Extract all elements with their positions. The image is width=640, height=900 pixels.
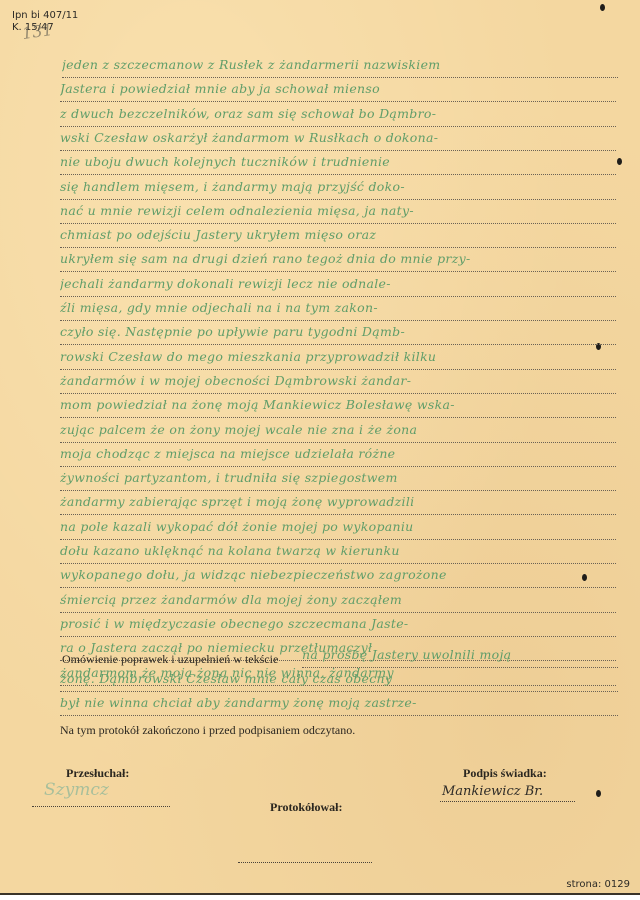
testimony-line: nie uboju dwuch kolejnych tuczników i tr… [60,152,616,175]
witness-signature-line [440,801,575,802]
page-number: strona: 0129 [566,879,630,890]
testimony-line: zując palcem że on żony mojej wcale nie … [60,420,616,443]
ink-blot [596,790,601,797]
recorder-signature-line [238,862,372,863]
testimony-line: moja chodząc z miejsca na miejsce udziel… [60,444,616,467]
testimony-line: wykopanego dołu, ja widząc niebezpieczeń… [60,565,616,588]
testimony-line: nać u mnie rewizji celem odnalezienia mi… [60,201,616,224]
testimony-line: czyło się. Następnie po upływie paru tyg… [60,322,616,345]
testimony-line: żywności partyzantom, i trudniła się szp… [60,468,616,491]
corrections-label: Omówienie poprawek i uzupełnień w tekści… [62,652,278,667]
correction-line: żonę. Dąmbrowski Czesław mnie cały czas … [60,669,618,692]
testimony-line: dołu kazano uklęknąć na kolana twarzą w … [60,541,616,564]
testimony-line: się handlem mięsem, i żandarmy mają przy… [60,177,616,200]
recorder-label: Protokółował: [270,800,342,815]
testimony-line: mom powiedział na żonę moją Mankiewicz B… [60,395,616,418]
handwritten-folio-number: 131 [21,20,54,43]
document-page: Ipn bi 407/11 K. 15/47 131 jeden z szcze… [0,0,640,895]
testimony-line: jeden z szczecmanow z Rusłek z żandarmer… [62,55,618,78]
testimony-line: Jastera i powiedział mnie aby ja schował… [60,79,616,102]
testimony-line: wski Czesław oskarżył żandarmom w Rusłka… [60,128,616,151]
ink-blot [600,4,605,11]
witness-signature: Mankiewicz Br. [442,784,543,799]
testimony-line: źli mięsa, gdy mnie odjechali na i na ty… [60,298,616,321]
interrogator-label: Przesłuchał: [66,766,129,781]
interrogator-signature-line [32,806,170,807]
ink-blot [617,158,622,165]
witness-label: Podpis świadka: [463,766,547,781]
testimony-line: żandarmów i w mojej obecności Dąmbrowski… [60,371,616,394]
testimony-line: żandarmy zabierając sprzęt i moją żonę w… [60,492,616,515]
testimony-line: śmiercią przez żandarmów dla mojej żony … [60,590,616,613]
testimony-line: chmiast po odejściu Jastery ukryłem mięs… [60,225,616,248]
correction-line: na prośbę Jastery uwolnili moją [302,645,618,668]
testimony-line: na pole kazali wykopać dół żonie mojej p… [60,517,616,540]
testimony-line: z dwuch bezczelników, oraz sam się schow… [60,104,616,127]
testimony-line: ukryłem się sam na drugi dzień rano tego… [60,249,616,272]
closing-statement: Na tym protokół zakończono i przed podpi… [60,723,355,738]
testimony-line: jechali żandarmy dokonali rewizji lecz n… [60,274,616,297]
interrogator-signature: Szymcz [44,780,109,800]
testimony-line: prosić i w międzyczasie obecnego szczecm… [60,614,616,637]
testimony-line: rowski Czesław do mego mieszkania przypr… [60,347,616,370]
correction-line: był nie winna chciał aby żandarmy żonę m… [60,693,618,716]
